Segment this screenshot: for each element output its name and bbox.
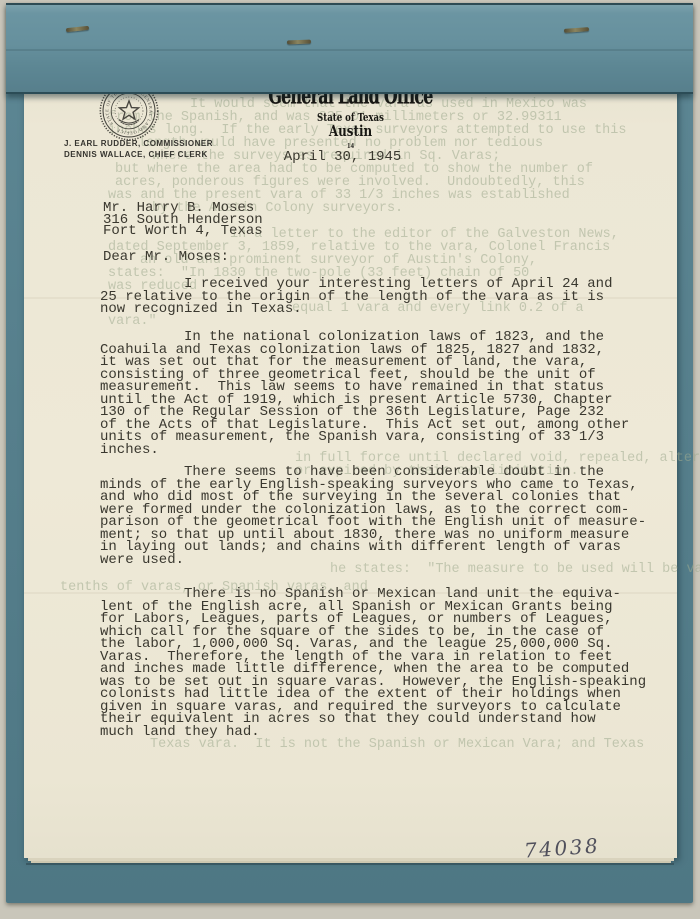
body-paragraph-4: There is no Spanish or Mexican land unit… — [100, 588, 646, 739]
body-paragraph-3: There seems to have been considerable do… — [100, 466, 646, 566]
typed-line: now recognized in Texas. — [100, 303, 612, 316]
chief-clerk-line: DENNIS WALLACE, CHIEF CLERK — [64, 149, 213, 160]
body-paragraph-2: In the national colonization laws of 182… — [100, 331, 629, 456]
recipient-address-block: Mr. Harry B. Moses316 South HendersonFor… — [103, 203, 263, 238]
commissioner-line: J. EARL RUDDER, COMMISSIONER — [64, 138, 213, 149]
folder-top-flap — [6, 3, 693, 94]
staple — [287, 40, 311, 45]
typed-line: units of measurement, the Spanish vara, … — [100, 431, 629, 444]
typed-line: much land they had. — [100, 726, 646, 739]
flap-fold-crease — [6, 49, 693, 51]
letter-page: It would seem that the vara as used in M… — [24, 80, 677, 858]
letterhead-officials: J. EARL RUDDER, COMMISSIONER DENNIS WALL… — [64, 138, 213, 160]
salutation: Dear Mr. Moses: — [103, 251, 229, 264]
paper-fold-crease — [24, 297, 677, 299]
typed-line: inches. — [100, 444, 629, 457]
paper-fold-crease — [24, 592, 677, 594]
sheet-stack-shadow — [26, 863, 674, 865]
recipient-line: Fort Worth 4, Texas — [103, 226, 263, 238]
scanned-letter: It would seem that the vara as used in M… — [0, 0, 700, 919]
letterhead-state-line: State of Texas — [96, 111, 605, 124]
typed-line: were used. — [100, 554, 646, 567]
